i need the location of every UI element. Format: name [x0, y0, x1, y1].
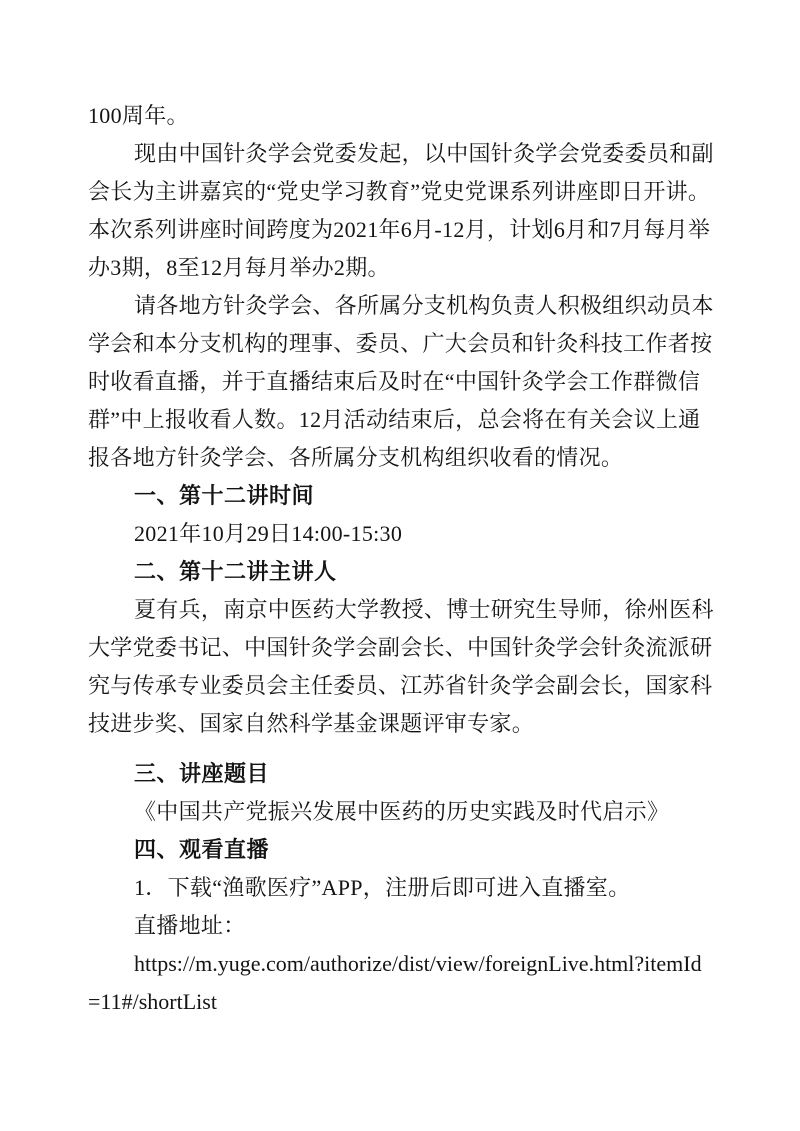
doc-line: 夏有兵，南京中医药大学教授、博士研究生导师，徐州医科 — [88, 591, 708, 629]
doc-line: 报各地方针灸学会、各所属分支机构组织收看的情况。 — [88, 439, 708, 477]
doc-line: 时收看直播，并于直播结束后及时在“中国针灸学会工作群微信 — [88, 363, 708, 401]
lecture-title: 《中国共产党振兴发展中医药的历史实践及时代启示》 — [88, 793, 708, 831]
section-heading-2: 二、第十二讲主讲人 — [88, 553, 708, 591]
doc-line: 办3期，8至12月每月举办2期。 — [88, 249, 708, 287]
doc-line: 学会和本分支机构的理事、委员、广大会员和针灸科技工作者按 — [88, 325, 708, 363]
doc-line: 100周年。 — [88, 97, 708, 135]
doc-line: 本次系列讲座时间跨度为2021年6月-12月，计划6月和7月每月举 — [88, 211, 708, 249]
doc-line: 请各地方针灸学会、各所属分支机构负责人积极组织动员本 — [88, 287, 708, 325]
live-url-line-1: https://m.yuge.com/authorize/dist/view/f… — [88, 945, 708, 983]
document-page: 100周年。 现由中国针灸学会党委发起，以中国针灸学会党委委员和副 会长为主讲嘉… — [0, 0, 800, 1131]
document-body: 100周年。 现由中国针灸学会党委发起，以中国针灸学会党委委员和副 会长为主讲嘉… — [0, 0, 800, 1131]
doc-line: 究与传承专业委员会主任委员、江苏省针灸学会副会长，国家科 — [88, 667, 708, 705]
doc-line: 大学党委书记、中国针灸学会副会长、中国针灸学会针灸流派研 — [88, 629, 708, 667]
doc-line: 1．下载“渔歌医疗”APP，注册后即可进入直播室。 — [88, 869, 708, 907]
section-heading-1: 一、第十二讲时间 — [88, 477, 708, 515]
doc-line: 群”中上报收看人数。12月活动结束后，总会将在有关会议上通 — [88, 401, 708, 439]
doc-line: 会长为主讲嘉宾的“党史学习教育”党史党课系列讲座即日开讲。 — [88, 173, 708, 211]
lecture-time: 2021年10月29日14:00-15:30 — [88, 515, 708, 553]
section-heading-4: 四、观看直播 — [88, 831, 708, 869]
doc-line: 技进步奖、国家自然科学基金课题评审专家。 — [88, 705, 708, 743]
live-address-label: 直播地址： — [88, 907, 708, 945]
section-heading-3: 三、讲座题目 — [88, 755, 708, 793]
doc-line: 现由中国针灸学会党委发起，以中国针灸学会党委委员和副 — [88, 135, 708, 173]
live-url-line-2: =11#/shortList — [88, 983, 708, 1021]
